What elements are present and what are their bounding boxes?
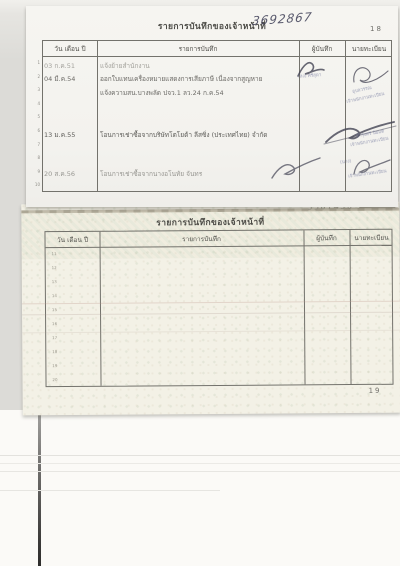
line-number: 14	[48, 293, 57, 298]
line-number: 12	[48, 265, 57, 270]
line-number: 15	[48, 307, 57, 312]
column-divider	[99, 232, 101, 386]
entry-text: โอนการเช่าซื้อจากบริษัทโตโยต้า ลีสซิ่ง (…	[100, 130, 320, 140]
entry-date: 20 ส.ค.56	[44, 169, 96, 179]
entry-date: 04 มี.ค.54	[44, 74, 96, 84]
entry-date: 03 ก.ค.51	[44, 61, 96, 71]
column-header-recorder: ผู้บันทึก	[299, 44, 345, 54]
record-table-empty: วัน เดือน ปี รายการบันทึก ผู้บันทึก นายท…	[44, 229, 393, 387]
line-number: 20	[48, 377, 57, 382]
line-number: 8	[31, 155, 40, 160]
table-header: วัน เดือน ปี รายการบันทึก ผู้บันทึก นายท…	[43, 41, 391, 57]
page-number: 18	[370, 25, 383, 33]
line-number: 13	[48, 279, 57, 284]
scanned-page-19: 5507456 รายการบันทึกของเจ้าหน้าที่ วัน เ…	[21, 202, 400, 416]
line-number: 5	[31, 114, 40, 119]
scanned-document: 5507456 รายการบันทึกของเจ้าหน้าที่ วัน เ…	[0, 0, 400, 566]
column-header-date: วัน เดือน ปี	[45, 235, 99, 245]
line-number: 17	[48, 335, 57, 340]
entry-text: ออกใบแทนเครื่องหมายแสดงการเสียภาษี เนื่อ…	[100, 74, 320, 84]
page-title: รายการบันทึกของเจ้าหน้าที่	[26, 19, 398, 33]
line-number: 7	[31, 142, 40, 147]
scan-streak	[0, 471, 400, 472]
line-number: 11	[48, 251, 57, 256]
column-header-date: วัน เดือน ปี	[43, 44, 97, 54]
page-title: รายการบันทึกของเจ้าหน้าที่	[21, 214, 399, 231]
scanned-page-18: รายการบันทึกของเจ้าหน้าที่ 3692867 18 วั…	[26, 6, 398, 207]
blank-page-under	[0, 410, 400, 566]
column-header-record: รายการบันทึก	[99, 233, 303, 244]
column-divider	[97, 41, 98, 191]
scan-streak	[0, 463, 400, 464]
line-number: 2	[31, 74, 40, 79]
column-header-record: รายการบันทึก	[97, 44, 299, 54]
column-header-recorder: ผู้บันทึก	[303, 233, 349, 243]
line-number: 1	[31, 60, 40, 65]
column-header-registrar: นายทะเบียน	[349, 233, 393, 243]
line-number: 9	[31, 169, 40, 174]
scan-streak	[0, 455, 400, 456]
signature-registrar-top	[348, 62, 398, 88]
line-number: 18	[48, 349, 57, 354]
line-number: 10	[31, 182, 40, 187]
signature-recorder-bottom	[266, 152, 326, 184]
line-number: 3	[31, 87, 40, 92]
scan-streak	[0, 490, 220, 491]
entry-text: แจ้งความสน.บางพลัด ปจว.1 ลว.24 ก.ค.54	[100, 88, 320, 98]
line-number: 6	[31, 128, 40, 133]
entry-date: 13 ม.ค.55	[44, 130, 96, 140]
page-number: 19	[369, 387, 382, 395]
line-number: 16	[48, 321, 57, 326]
binding-edge-line	[38, 410, 41, 566]
column-divider	[349, 230, 351, 384]
line-number: 4	[31, 101, 40, 106]
table-header: วัน เดือน ปี รายการบันทึก ผู้บันทึก นายท…	[45, 230, 391, 248]
line-number: 19	[48, 363, 57, 368]
column-header-registrar: นายทะเบียน	[345, 44, 393, 54]
entry-text: แจ้งย้ายสำนักงาน	[100, 61, 320, 71]
column-divider	[303, 230, 305, 384]
